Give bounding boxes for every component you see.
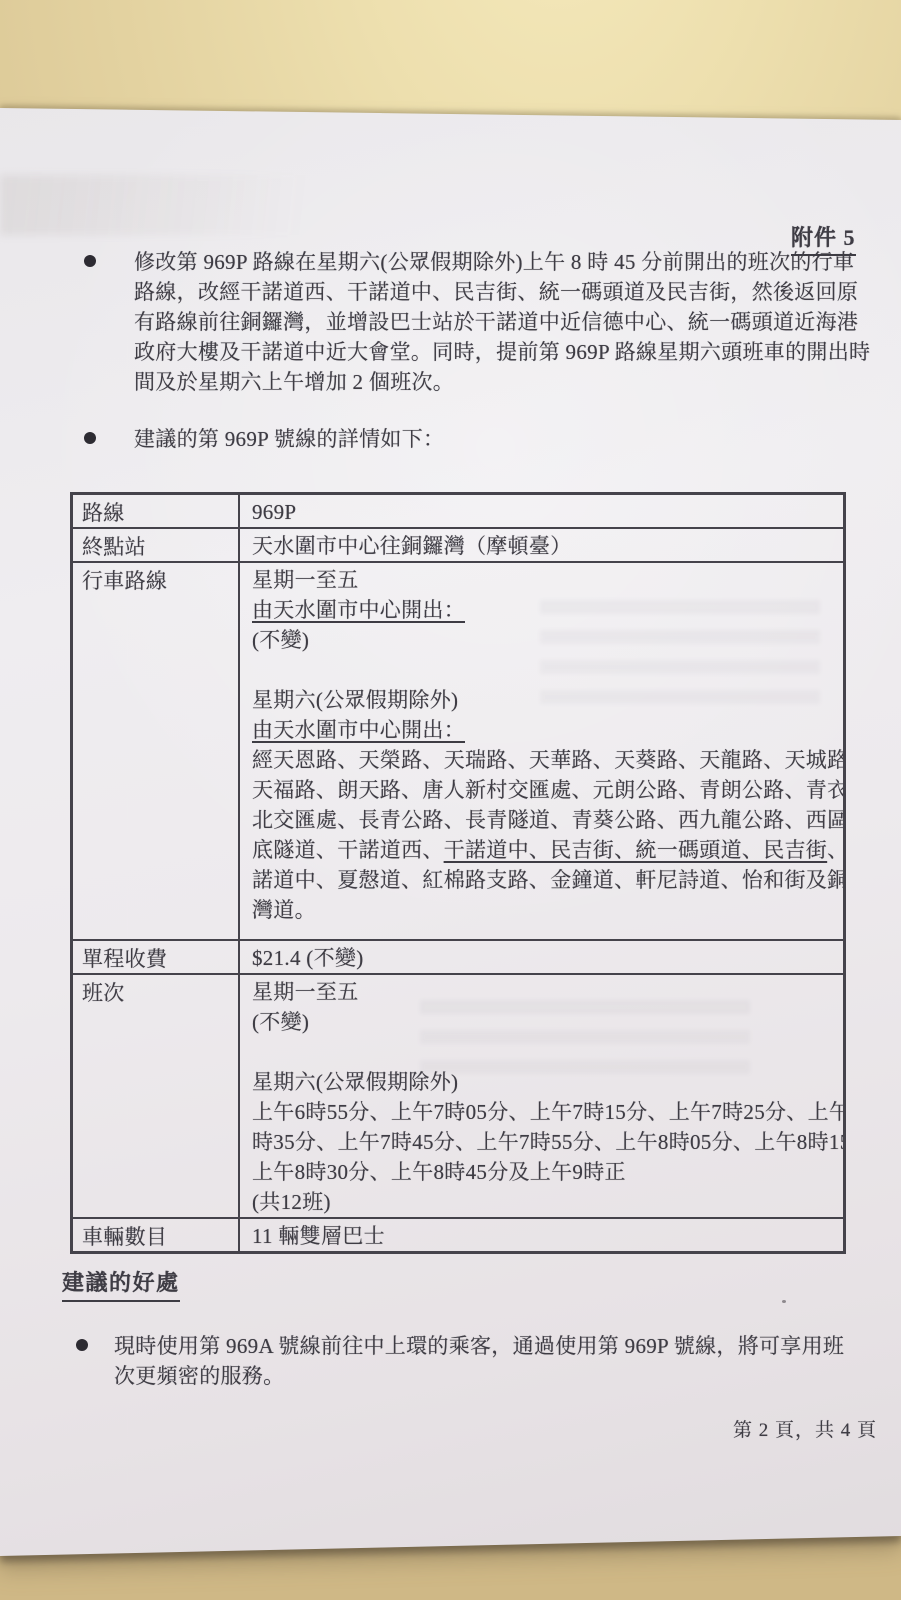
text-line: 上午8時30分、上午8時45分及上午9時正 (252, 1157, 837, 1187)
text-line: 北交匯處、長青公路、長青隧道、青葵公路、西九龍公路、西區海 (252, 805, 837, 835)
text-line: 現時使用第 969A 號線前往中上環的乘客，通過使用第 969P 號線，將可享用… (114, 1331, 844, 1361)
text-line: 由天水圍市中心開出： (252, 715, 837, 745)
text-line: 星期六(公眾假期除外) (252, 685, 837, 715)
paragraph-benefit: 現時使用第 969A 號線前往中上環的乘客，通過使用第 969P 號線，將可享用… (76, 1331, 844, 1391)
table-value-cell: $21.4 (不變) (239, 940, 845, 974)
text-line: 灣道。 (252, 895, 837, 925)
table-label-cell: 終點站 (72, 528, 240, 562)
table-value-cell: 天水圍市中心往銅鑼灣（摩頓臺） (239, 528, 845, 562)
text-line: 天福路、朗天路、唐人新村交匯處、元朗公路、青朗公路、青衣西 (252, 775, 837, 805)
text-line: 星期一至五 (252, 565, 837, 595)
paragraph-proposal-intro: 建議的第 969P 號線的詳情如下： (84, 424, 444, 454)
text-line: 次更頻密的服務。 (114, 1361, 844, 1391)
table-row: 班次星期一至五(不變) 星期六(公眾假期除外)上午6時55分、上午7時05分、上… (72, 974, 845, 1218)
text-line: (不變) (252, 1007, 837, 1037)
text-line (252, 1037, 837, 1067)
text-line: 政府大樓及干諾道中近大會堂。同時，提前第 969P 路線星期六頭班車的開出時 (134, 337, 870, 367)
paragraph-text: 現時使用第 969A 號線前往中上環的乘客，通過使用第 969P 號線，將可享用… (114, 1331, 844, 1391)
text-line: 修改第 969P 路線在星期六(公眾假期除外)上午 8 時 45 分前開出的班次… (134, 247, 870, 277)
table-row: 單程收費$21.4 (不變) (72, 940, 845, 974)
text-line: 天水圍市中心往銅鑼灣（摩頓臺） (252, 531, 837, 561)
table-row: 車輛數目11 輛雙層巴士 (72, 1218, 845, 1253)
text-line: 上午6時55分、上午7時05分、上午7時15分、上午7時25分、上午7 (252, 1097, 837, 1127)
route-details-table: 路線969P終點站天水圍市中心往銅鑼灣（摩頓臺）行車路線星期一至五由天水圍市中心… (70, 492, 846, 1254)
text-line: 星期六(公眾假期除外) (252, 1067, 837, 1097)
text-line: 間及於星期六上午增加 2 個班次。 (134, 367, 870, 397)
paragraph-text: 建議的第 969P 號線的詳情如下： (134, 424, 444, 454)
table-cell-lines: 星期一至五由天水圍市中心開出：(不變) 星期六(公眾假期除外)由天水圍市中心開出… (252, 565, 837, 925)
text-line: 時35分、上午7時45分、上午7時55分、上午8時05分、上午8時15分、 (252, 1127, 837, 1157)
table-row: 終點站天水圍市中心往銅鑼灣（摩頓臺） (72, 528, 845, 562)
table-cell-lines: 11 輛雙層巴士 (252, 1221, 837, 1251)
table-value-cell: 星期一至五(不變) 星期六(公眾假期除外)上午6時55分、上午7時05分、上午7… (239, 974, 845, 1218)
table-label-cell: 路線 (72, 494, 240, 529)
paragraph-text: 修改第 969P 路線在星期六(公眾假期除外)上午 8 時 45 分前開出的班次… (134, 247, 870, 397)
text-line: (不變) (252, 625, 837, 655)
table-cell-lines: 星期一至五(不變) 星期六(公眾假期除外)上午6時55分、上午7時05分、上午7… (252, 977, 837, 1217)
table-label-cell: 車輛數目 (72, 1218, 240, 1253)
text-line: 建議的第 969P 號線的詳情如下： (134, 424, 444, 454)
text-line: (共12班) (252, 1187, 837, 1217)
text-line (252, 655, 837, 685)
text-line: 由天水圍市中心開出： (252, 595, 837, 625)
text-line: 星期一至五 (252, 977, 837, 1007)
table-row: 路線969P (72, 494, 845, 529)
table-label-cell: 行車路線 (72, 562, 240, 940)
photo-scene: 附件 5 修改第 969P 路線在星期六(公眾假期除外)上午 8 時 45 分前… (0, 0, 901, 1600)
route-details-table-body: 路線969P終點站天水圍市中心往銅鑼灣（摩頓臺）行車路線星期一至五由天水圍市中心… (72, 494, 845, 1253)
paragraph-route-change: 修改第 969P 路線在星期六(公眾假期除外)上午 8 時 45 分前開出的班次… (84, 247, 870, 397)
table-cell-lines: $21.4 (不變) (252, 943, 837, 973)
bullet-icon (76, 1339, 88, 1351)
text-line: 經天恩路、天榮路、天瑞路、天華路、天葵路、天龍路、天城路、 (252, 745, 837, 775)
bullet-icon (84, 255, 96, 267)
page-content: 附件 5 修改第 969P 路線在星期六(公眾假期除外)上午 8 時 45 分前… (0, 0, 901, 1600)
text-line: 11 輛雙層巴士 (252, 1221, 837, 1251)
text-line: 969P (252, 497, 837, 527)
text-line: $21.4 (不變) (252, 943, 837, 973)
table-cell-lines: 天水圍市中心往銅鑼灣（摩頓臺） (252, 531, 837, 561)
table-row: 行車路線星期一至五由天水圍市中心開出：(不變) 星期六(公眾假期除外)由天水圍市… (72, 562, 845, 940)
table-value-cell: 969P (239, 494, 845, 529)
table-label-cell: 班次 (72, 974, 240, 1218)
text-line: 有路線前往銅鑼灣，並增設巴士站於干諾道中近信德中心、統一碼頭道近海港 (134, 307, 870, 337)
page-number: 第 2 頁，共 4 頁 (733, 1415, 877, 1442)
bullet-icon (84, 432, 96, 444)
table-value-cell: 11 輛雙層巴士 (239, 1218, 845, 1253)
benefits-heading: 建議的好處 (62, 1266, 180, 1302)
text-line: 底隧道、干諾道西、干諾道中、民吉街、統一碼頭道、民吉街、干 (252, 835, 837, 865)
text-line: 諾道中、夏慤道、紅棉路支路、金鐘道、軒尼詩道、怡和街及銅鑼 (252, 865, 837, 895)
table-value-cell: 星期一至五由天水圍市中心開出：(不變) 星期六(公眾假期除外)由天水圍市中心開出… (239, 562, 845, 940)
table-label-cell: 單程收費 (72, 940, 240, 974)
text-line: 路線，改經干諾道西、干諾道中、民吉街、統一碼頭道及民吉街，然後返回原 (134, 277, 870, 307)
table-cell-lines: 969P (252, 497, 837, 527)
